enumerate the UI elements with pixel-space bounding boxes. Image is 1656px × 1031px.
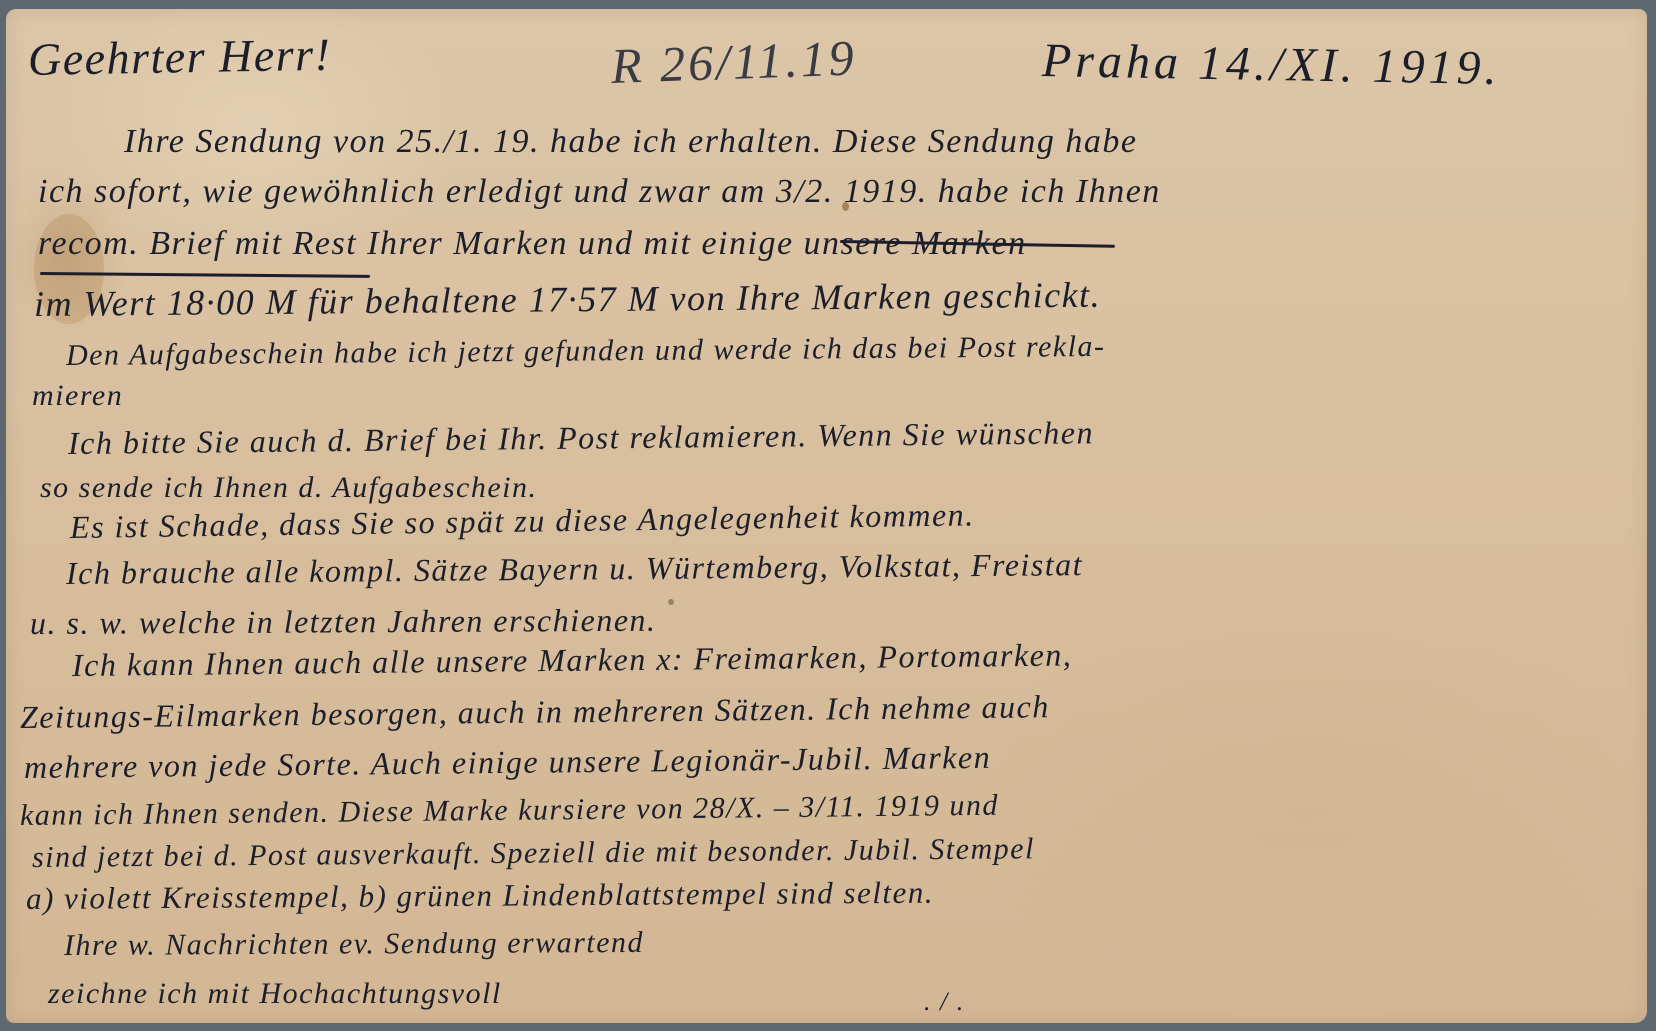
body-line-11: u. s. w. welche in letzten Jahren erschi… xyxy=(30,602,657,642)
ink-spot xyxy=(668,599,674,605)
body-line-3: recom. Brief mit Rest Ihrer Marken und m… xyxy=(38,225,1027,263)
body-line-2: ich sofort, wie gewöhnlich erledigt und … xyxy=(38,173,1161,211)
receipt-annotation: R 26/11.19 xyxy=(610,28,858,95)
body-line-17: a) violett Kreisstempel, b) grünen Linde… xyxy=(26,875,934,917)
body-line-7: Ich bitte Sie auch d. Brief bei Ihr. Pos… xyxy=(68,414,1094,462)
footer-marks: . / . xyxy=(924,987,965,1017)
body-line-16: sind jetzt bei d. Post ausverkauft. Spez… xyxy=(32,832,1035,875)
body-line-1: Ihre Sendung von 25./1. 19. habe ich erh… xyxy=(124,123,1137,161)
salutation: Geehrter Herr! xyxy=(28,28,332,86)
body-line-6: mieren xyxy=(32,379,123,413)
scan-background: Geehrter Herr! R 26/11.19 Praha 14./XI. … xyxy=(0,0,1656,1031)
body-line-12: Ich kann Ihnen auch alle unsere Marken x… xyxy=(72,637,1073,684)
body-line-4: im Wert 18·00 M für behaltene 17·57 M vo… xyxy=(34,274,1101,325)
body-line-18: Ihre w. Nachrichten ev. Sendung erwarten… xyxy=(64,926,644,963)
postcard: Geehrter Herr! R 26/11.19 Praha 14./XI. … xyxy=(6,9,1647,1023)
body-line-8: so sende ich Ihnen d. Aufgabeschein. xyxy=(40,471,538,505)
place-date: Praha 14./XI. 1919. xyxy=(1042,33,1502,96)
body-line-19: zeichne ich mit Hochachtungsvoll xyxy=(48,977,502,1011)
body-line-5: Den Aufgabeschein habe ich jetzt gefunde… xyxy=(66,330,1106,373)
body-line-10: Ich brauche alle kompl. Sätze Bayern u. … xyxy=(66,546,1083,592)
body-line-15: kann ich Ihnen senden. Diese Marke kursi… xyxy=(20,789,999,833)
body-line-14: mehrere von jede Sorte. Auch einige unse… xyxy=(24,739,991,786)
body-line-13: Zeitungs-Eilmarken besorgen, auch in meh… xyxy=(20,688,1050,736)
